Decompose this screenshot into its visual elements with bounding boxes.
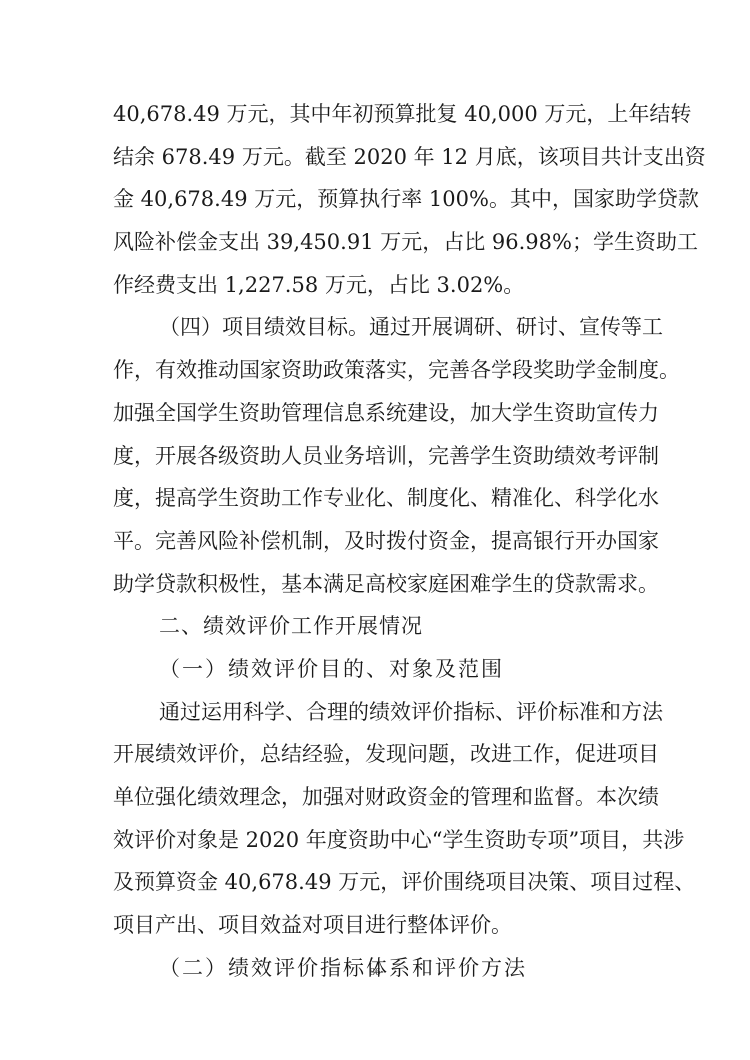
page-number: 86 (0, 966, 750, 978)
paragraph-line: 开展绩效评价，总结经验，发现问题，改进工作，促进项目 (113, 733, 636, 776)
paragraph-line: 助学贷款积极性，基本满足高校家庭困难学生的贷款需求。 (113, 563, 636, 606)
paragraph-line: 作，有效推动国家资助政策落实，完善各学段奖助学金制度。 (113, 349, 636, 392)
paragraph-line: 效评价对象是 2020 年度资助中心“学生资助专项”项目，共涉 (113, 819, 636, 862)
paragraph-line: 平。完善风险补偿机制，及时拨付资金，提高银行开办国家 (113, 520, 636, 563)
section-heading: 二、绩效评价工作开展情况 (113, 605, 636, 648)
document-page: 40,678.49 万元，其中年初预算批复 40,000 万元，上年结转 结余 … (0, 0, 750, 1060)
paragraph-line: 度，提高学生资助工作专业化、制度化、精准化、科学化水 (113, 477, 636, 520)
paragraph-line-indented: （四）项目绩效目标。通过开展调研、研讨、宣传等工 (113, 306, 636, 349)
paragraph-line: 加强全国学生资助管理信息系统建设，加大学生资助宣传力 (113, 392, 636, 435)
document-body: 40,678.49 万元，其中年初预算批复 40,000 万元，上年结转 结余 … (113, 93, 636, 989)
paragraph-line: 度，开展各级资助人员业务培训，完善学生资助绩效考评制 (113, 435, 636, 478)
paragraph-line-indented: 通过运用科学、合理的绩效评价指标、评价标准和方法 (113, 691, 636, 734)
paragraph-line: 结余 678.49 万元。截至 2020 年 12 月底，该项目共计支出资 (113, 136, 636, 179)
paragraph-line: 项目产出、项目效益对项目进行整体评价。 (113, 904, 636, 947)
paragraph-line: 单位强化绩效理念，加强对财政资金的管理和监督。本次绩 (113, 776, 636, 819)
paragraph-line: 及预算资金 40,678.49 万元，评价围绕项目决策、项目过程、 (113, 861, 636, 904)
paragraph-line: 作经费支出 1,227.58 万元，占比 3.02%。 (113, 264, 636, 307)
paragraph-line: 40,678.49 万元，其中年初预算批复 40,000 万元，上年结转 (113, 93, 636, 136)
paragraph-line: 金 40,678.49 万元，预算执行率 100%。其中，国家助学贷款 (113, 178, 636, 221)
paragraph-line: 风险补偿金支出 39,450.91 万元，占比 96.98%；学生资助工 (113, 221, 636, 264)
subsection-heading: （一）绩效评价目的、对象及范围 (113, 648, 636, 691)
